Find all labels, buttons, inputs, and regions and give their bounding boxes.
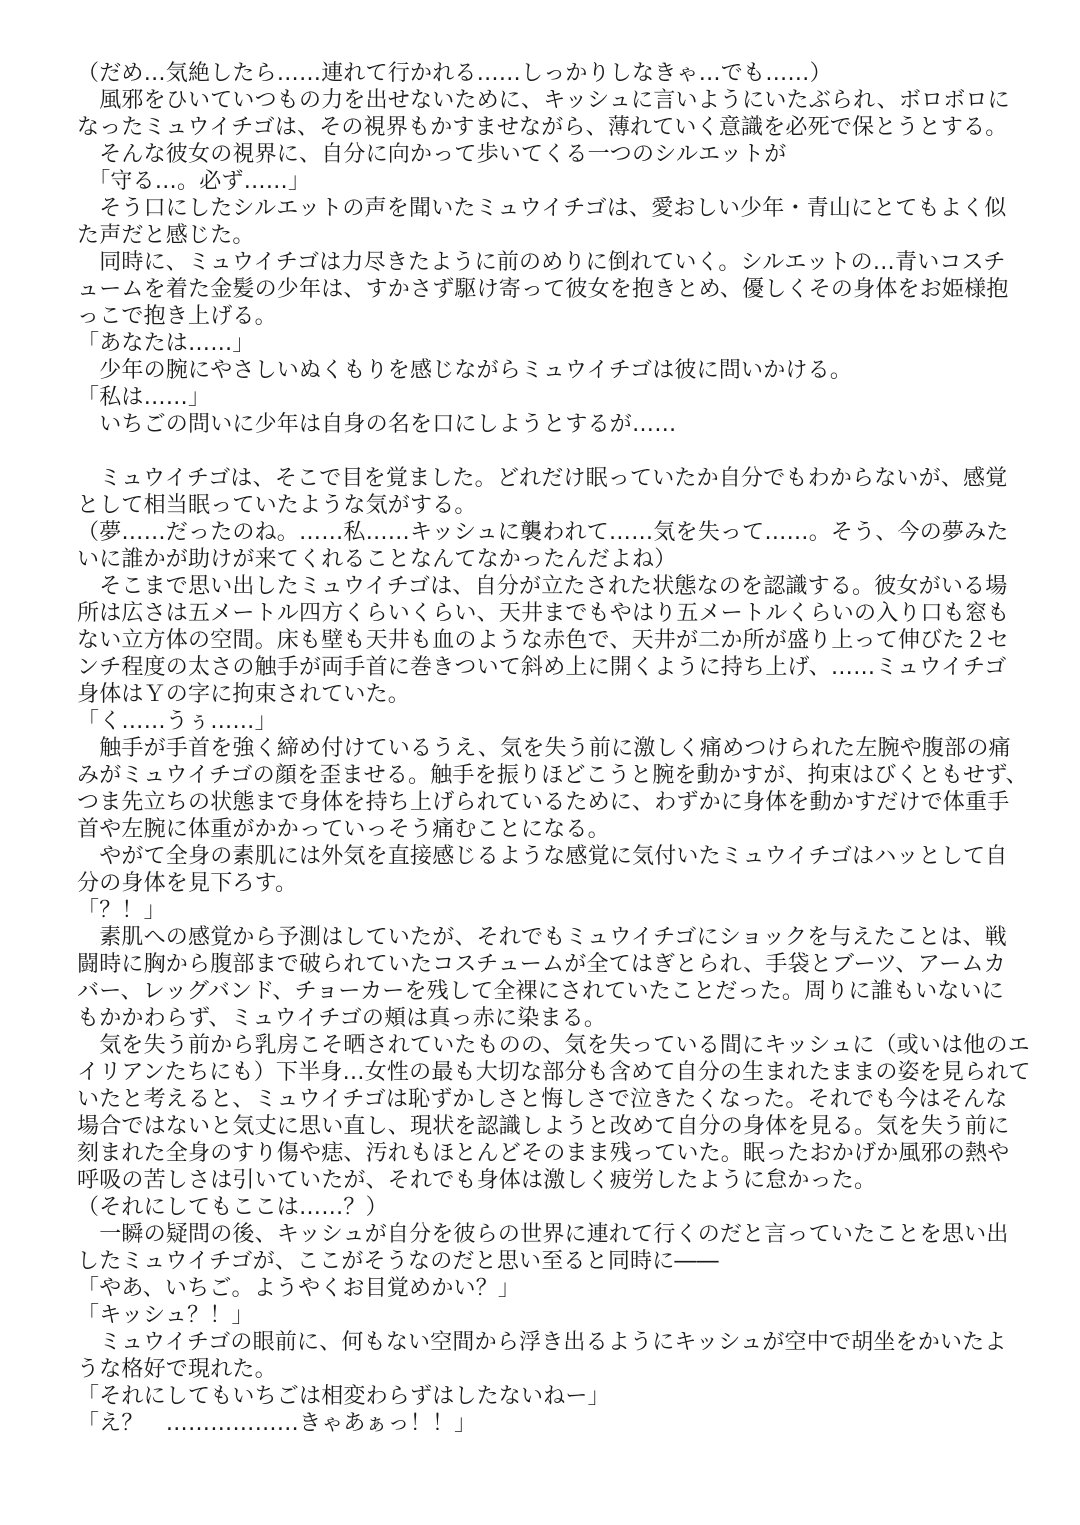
text-line: イリアンたちにも）下半身…女性の最も大切な部分も含めて自分の生まれたままの姿を見…	[77, 1059, 1017, 1086]
text-line: 所は広さは五メートル四方くらいくらい、天井までもやはり五メートルくらいの入り口も…	[77, 600, 1017, 627]
text-line: 「守る…。必ず……」	[77, 168, 1017, 195]
text-line: 一瞬の疑問の後、キッシュが自分を彼らの世界に連れて行くのだと言っていたことを思い…	[77, 1221, 1017, 1248]
text-line: いたと考えると、ミュウイチゴは恥ずかしさと悔しさで泣きたくなった。それでも今はそ…	[77, 1086, 1017, 1113]
text-line: 「やあ、いちご。ようやくお目覚めかい？」	[77, 1275, 1017, 1302]
text-line: 「く……うぅ……」	[77, 708, 1017, 735]
text-line: （だめ…気絶したら……連れて行かれる……しっかりしなきゃ…でも……）	[77, 60, 1017, 87]
section-break	[77, 438, 1017, 465]
text-line: みがミュウイチゴの顔を歪ませる。触手を振りほどこうと腕を動かすが、拘束はびくとも…	[77, 762, 1017, 789]
text-line: 分の身体を見下ろす。	[77, 870, 1017, 897]
text-line: 触手が手首を強く締め付けているうえ、気を失う前に激しく痛めつけられた左腕や腹部の…	[77, 735, 1017, 762]
text-line: バー、レッグバンド、チョーカーを残して全裸にされていたことだった。周りに誰もいな…	[77, 978, 1017, 1005]
text-line: 身体はＹの字に拘束されていた。	[77, 681, 1017, 708]
text-line: 素肌への感覚から予測はしていたが、それでもミュウイチゴにショックを与えたことは、…	[77, 924, 1017, 951]
text-line: 「私は……」	[77, 384, 1017, 411]
text-line: 「え？ ………………きゃあぁっ！！」	[77, 1410, 1017, 1437]
text-line: ない立方体の空間。床も壁も天井も血のような赤色で、天井が二か所が盛り上って伸びた…	[77, 627, 1017, 654]
text-line: 「キッシュ？！」	[77, 1302, 1017, 1329]
text-line: ミュウイチゴの眼前に、何もない空間から浮き出るようにキッシュが空中で胡坐をかいた…	[77, 1329, 1017, 1356]
text-line: 闘時に胸から腹部まで破られていたコスチュームが全てはぎとられ、手袋とブーツ、アー…	[77, 951, 1017, 978]
text-line: そんな彼女の視界に、自分に向かって歩いてくる一つのシルエットが	[77, 141, 1017, 168]
text-line: （夢……だったのね。……私……キッシュに襲われて……気を失って……。そう、今の夢…	[77, 519, 1017, 546]
text-line: として相当眠っていたような気がする。	[77, 492, 1017, 519]
text-line: なったミュウイチゴは、その視界もかすませながら、薄れていく意識を必死で保とうとす…	[77, 114, 1017, 141]
text-line: 呼吸の苦しさは引いていたが、それでも身体は激しく疲労したように怠かった。	[77, 1167, 1017, 1194]
text-line: 場合ではないと気丈に思い直し、現状を認識しようと改めて自分の身体を見る。気を失う…	[77, 1113, 1017, 1140]
text-line: っこで抱き上げる。	[77, 303, 1017, 330]
text-line: 刻まれた全身のすり傷や痣、汚れもほとんどそのまま残っていた。眠ったおかげか風邪の…	[77, 1140, 1017, 1167]
text-line: ュームを着た金髪の少年は、すかさず駆け寄って彼女を抱きとめ、優しくその身体をお姫…	[77, 276, 1017, 303]
text-line: 気を失う前から乳房こそ晒されていたものの、気を失っている間にキッシュに（或いは他…	[77, 1032, 1017, 1059]
text-line: いに誰かが助けが来てくれることなんてなかったんだよね）	[77, 546, 1017, 573]
text-line: もかかわらず、ミュウイチゴの頬は真っ赤に染まる。	[77, 1005, 1017, 1032]
text-line: 首や左腕に体重がかかっていっそう痛むことになる。	[77, 816, 1017, 843]
text-line: うな格好で現れた。	[77, 1356, 1017, 1383]
text-line: そこまで思い出したミュウイチゴは、自分が立たされた状態なのを認識する。彼女がいる…	[77, 573, 1017, 600]
text-line: 少年の腕にやさしいぬくもりを感じながらミュウイチゴは彼に問いかける。	[77, 357, 1017, 384]
text-line: そう口にしたシルエットの声を聞いたミュウイチゴは、愛おしい少年・青山にとてもよく…	[77, 195, 1017, 222]
text-line: ミュウイチゴは、そこで目を覚ました。どれだけ眠っていたか自分でもわからないが、感…	[77, 465, 1017, 492]
text-line: ンチ程度の太さの触手が両手首に巻きついて斜め上に開くように持ち上げ、……ミュウイ…	[77, 654, 1017, 681]
text-line: 風邪をひいていつもの力を出せないために、キッシュに言いようにいたぶられ、ボロボロ…	[77, 87, 1017, 114]
text-line: したミュウイチゴが、ここがそうなのだと思い至ると同時に――	[77, 1248, 1017, 1275]
document-page: （だめ…気絶したら……連れて行かれる……しっかりしなきゃ…でも……） 風邪をひい…	[0, 0, 1080, 1525]
text-line: 「？！」	[77, 897, 1017, 924]
text-line: （それにしてもここは……？）	[77, 1194, 1017, 1221]
novel-text-body: （だめ…気絶したら……連れて行かれる……しっかりしなきゃ…でも……） 風邪をひい…	[77, 60, 1017, 1437]
text-line: た声だと感じた。	[77, 222, 1017, 249]
text-line: いちごの問いに少年は自身の名を口にしようとするが……	[77, 411, 1017, 438]
text-line: 「あなたは……」	[77, 330, 1017, 357]
text-line: 同時に、ミュウイチゴは力尽きたように前のめりに倒れていく。シルエットの…青いコス…	[77, 249, 1017, 276]
text-line: 「それにしてもいちごは相変わらずはしたないねー」	[77, 1383, 1017, 1410]
text-line: つま先立ちの状態まで身体を持ち上げられているために、わずかに身体を動かすだけで体…	[77, 789, 1017, 816]
text-line: やがて全身の素肌には外気を直接感じるような感覚に気付いたミュウイチゴはハッとして…	[77, 843, 1017, 870]
